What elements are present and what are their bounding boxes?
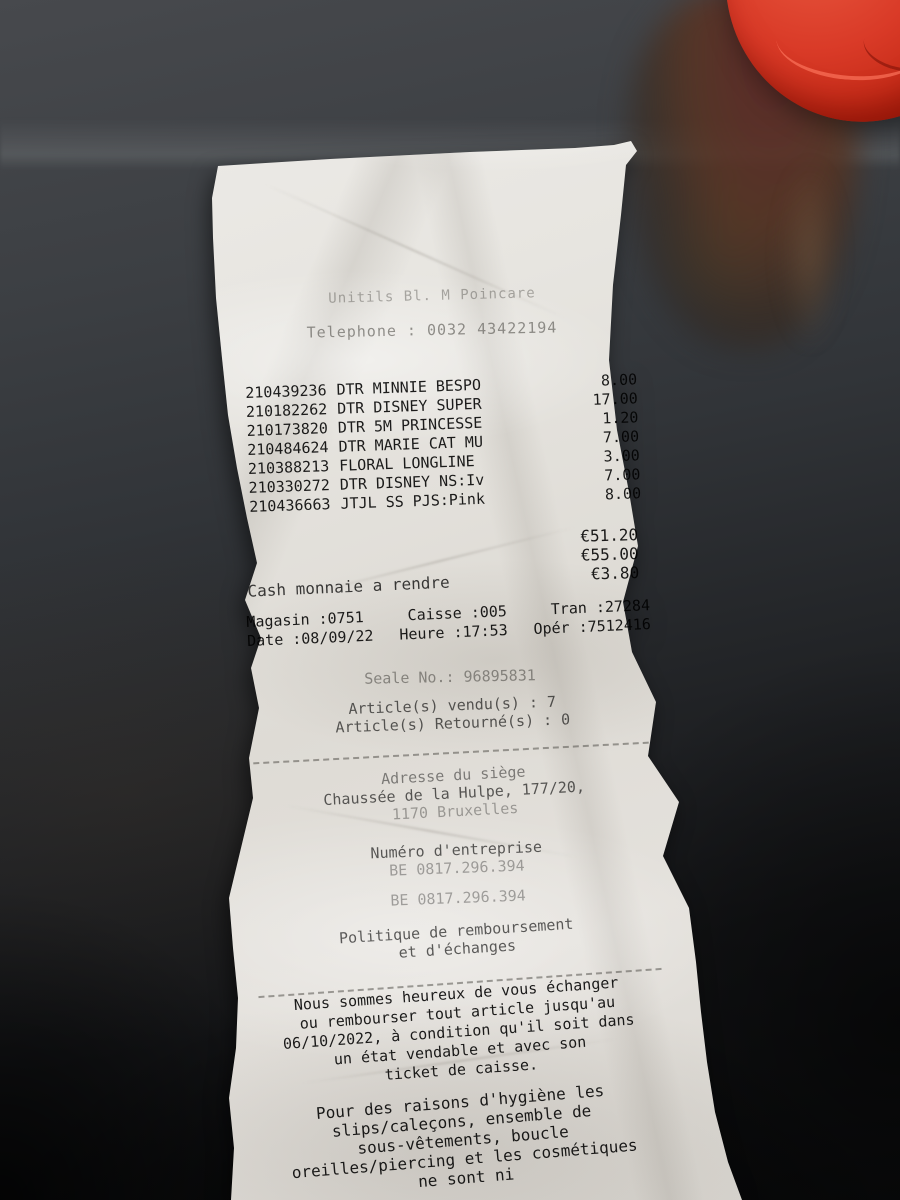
tran-label: Tran : — [550, 598, 605, 618]
heure-label: Heure : — [399, 623, 463, 644]
date-value: 08/09/22 — [301, 627, 374, 648]
item-price: 3.00 — [603, 446, 640, 466]
sold-value: 7 — [547, 693, 557, 711]
oper-value: 7512416 — [587, 615, 651, 636]
item-price: 7.00 — [604, 465, 641, 485]
items-list: 210439236DTR MINNIE BESPO 8.00 210182262… — [245, 370, 641, 517]
item-price: 7.00 — [603, 427, 640, 447]
receipt-photo: Unitils Bl. M Poincare Telephone : 0032 … — [0, 0, 900, 1200]
caisse-label: Caisse : — [407, 603, 480, 624]
item-price: 17.00 — [592, 389, 638, 410]
tran-value: 27284 — [605, 596, 651, 616]
caisse-value: 005 — [479, 602, 507, 621]
heure-value: 17:53 — [462, 621, 508, 641]
item-price: 8.00 — [601, 370, 638, 390]
seal-value: 96895831 — [463, 666, 536, 686]
seal-label: Seale No.: — [364, 668, 455, 688]
item-price: 1.20 — [602, 408, 639, 428]
magasin-value: 0751 — [327, 608, 364, 627]
totals-block: €51.20 €55.00 €3.80 Cash monnaie a rendr… — [246, 525, 639, 593]
returned-value: 0 — [561, 710, 571, 728]
date-label: Date : — [247, 630, 302, 650]
oper-label: Opér : — [533, 618, 588, 638]
item-price: 8.00 — [605, 484, 642, 504]
company-block: Numéro d'entreprise BE 0817.296.394 BE 0… — [276, 834, 638, 914]
magasin-label: Magasin : — [246, 610, 328, 631]
item-code: 210436663 — [249, 495, 331, 517]
